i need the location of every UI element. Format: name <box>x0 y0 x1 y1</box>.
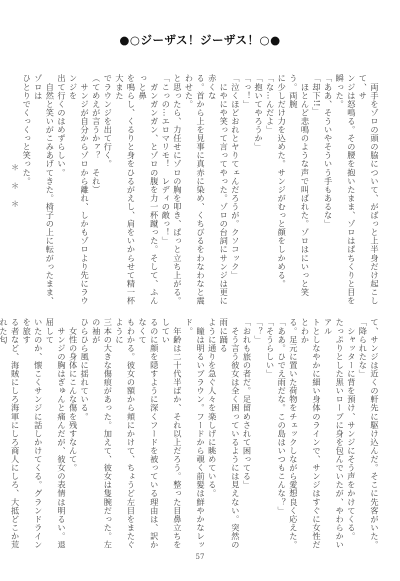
text-line: 両手をゾロの頭の脇について、がばっと上半身だけ起こして、サ <box>357 74 380 306</box>
text-line: に少しだけ力を込めた。サンジがむっと顔をしかめる。 <box>276 74 288 306</box>
text-line: ンジは怒鳴る。その腰を抱いたまま、ゾロはぱちくりと目を瞬った。 <box>334 74 357 306</box>
text-line: 「？」 <box>252 318 264 550</box>
text-line: トとしなやかに細い身体のラインで、サンジはすぐに女性だとわか <box>299 318 322 550</box>
text-line: 「な…んだよ」 <box>264 74 276 306</box>
chapter-title: ●○ジーザス！ジーザス！○● <box>0 32 400 48</box>
text-line: を鳴らし、くるりと身をひるがえし、肩をいからせて精一杯大また <box>113 74 136 306</box>
bottom-text-block: て、サンジは近くの軒先に駆け込んだ。そこに先客がいた。 「降られたな」 シャッタ… <box>0 318 380 550</box>
text-line: 「却下!!」 <box>310 74 322 306</box>
text-line: る者など、海賊にしろ海軍にしろ商人にしろ、大抵どこか荒れた匂 <box>0 318 21 550</box>
text-line: 「おれも旅の者だ。足留めされて困ってる」 <box>241 318 253 550</box>
text-line: る。足元に置いた荷物をチェックしながら愛想良く応えた。 <box>287 318 299 550</box>
text-line: （てめえが言うかァ？ それ） <box>90 74 102 306</box>
page-number: 57 <box>0 553 400 561</box>
text-line: にやにや笑って言ってやった。ゾロの台詞にサンジは更に赤くな <box>206 74 229 306</box>
text-line: 「降られたな」 <box>357 318 369 550</box>
text-line: 自然と笑いがこみあげてきた。椅子の上に転がったまま、ゾロは <box>32 74 55 306</box>
text-line: ほとんど悲鳴のような声で叫ばれた。ゾロはにいっと笑う。両腕 <box>287 74 310 306</box>
text-line: サンジの胸はぎゅんと痛んだが、彼女の表情は明るい。退屈して <box>44 318 67 550</box>
text-line: 瞳は明るいブラウン。フードから覗く前髪は鮮やかなレッド。 <box>183 318 206 550</box>
text-line: そう言う彼女は全く困っているようには見えない。突然の雨に踊る <box>218 318 241 550</box>
text-line: シャッターに背を預け、サンジにそう声をかけてくる。 <box>345 318 357 550</box>
text-line: 年齢は二十代半ばか、それ以上だろう。整った目鼻立ちをしてい <box>160 318 183 550</box>
text-line: もわかる。彼女の額から頬にかけて、ちょうど左目をまたぐように <box>113 318 136 550</box>
text-line: 「ああ。ひでえ雨だな。この島はいつもこんな？」 <box>276 318 288 550</box>
text-line: て、サンジは近くの軒先に駆け込んだ。そこに先客がいた。 <box>368 318 380 550</box>
text-line: 女性の身体にこんな傷を残すなんて。 <box>67 318 79 550</box>
text-line: 出て行くのはめずらしい。 <box>55 74 67 306</box>
text-line: たっぷりとした黒いローブに身を包んでいたが、やわらかいアル <box>322 318 345 550</box>
text-line: るのに顔を隠すように深くフードを被っている理由は、訳かなくて <box>137 318 160 550</box>
text-line: る。首から上を見事に真赤に染め、くちびるをわなわなと震わせた。 <box>183 74 206 306</box>
scene-separator: ＊＊＊ <box>9 74 21 306</box>
text-line: と思ったら、力任せにゾロの胸を叩き、ぱっと立ち上がる。 <box>171 74 183 306</box>
text-line: ひとりでくっくっと笑った。 <box>21 74 33 306</box>
text-line: ひらひら風に揺れている。 <box>79 318 91 550</box>
text-line: ように通りを急ぐ人々を楽しげに眺めている。 <box>206 318 218 550</box>
text-line: 「ああ、そういやそういう手もあるな」 <box>322 74 334 306</box>
text-line: サンジが自分からゾロから離れ、しかもゾロより先にラウンジを <box>67 74 90 306</box>
text-line: 「こっの…エロマリモ！ レディの敵っ！」 <box>160 74 172 306</box>
text-line: 「そうらしい」 <box>264 318 276 550</box>
text-line: いたのか、懐こくサンジに話しかけてくる。グランドラインを旅す <box>21 318 44 550</box>
top-text-block: 両手をゾロの頭の脇について、がばっと上半身だけ起こして、サ ンジは怒鳴る。その腰… <box>0 74 380 306</box>
text-line: でラウンジを出て行く。 <box>102 74 114 306</box>
text-line: 「っ！」 <box>241 74 253 306</box>
text-line: 「抱いてやろうか」 <box>252 74 264 306</box>
text-line: 「泣くほどおれとヤりてェんだろうが。クソコック」 <box>229 74 241 306</box>
text-line: 三本の大きな傷痕があった。加えて、彼女は隻腕だった。左の袖が <box>90 318 113 550</box>
text-line: ガンガンガン、とゾロの腹を力一杯蹴った。そして、ふんっと鼻 <box>137 74 160 306</box>
